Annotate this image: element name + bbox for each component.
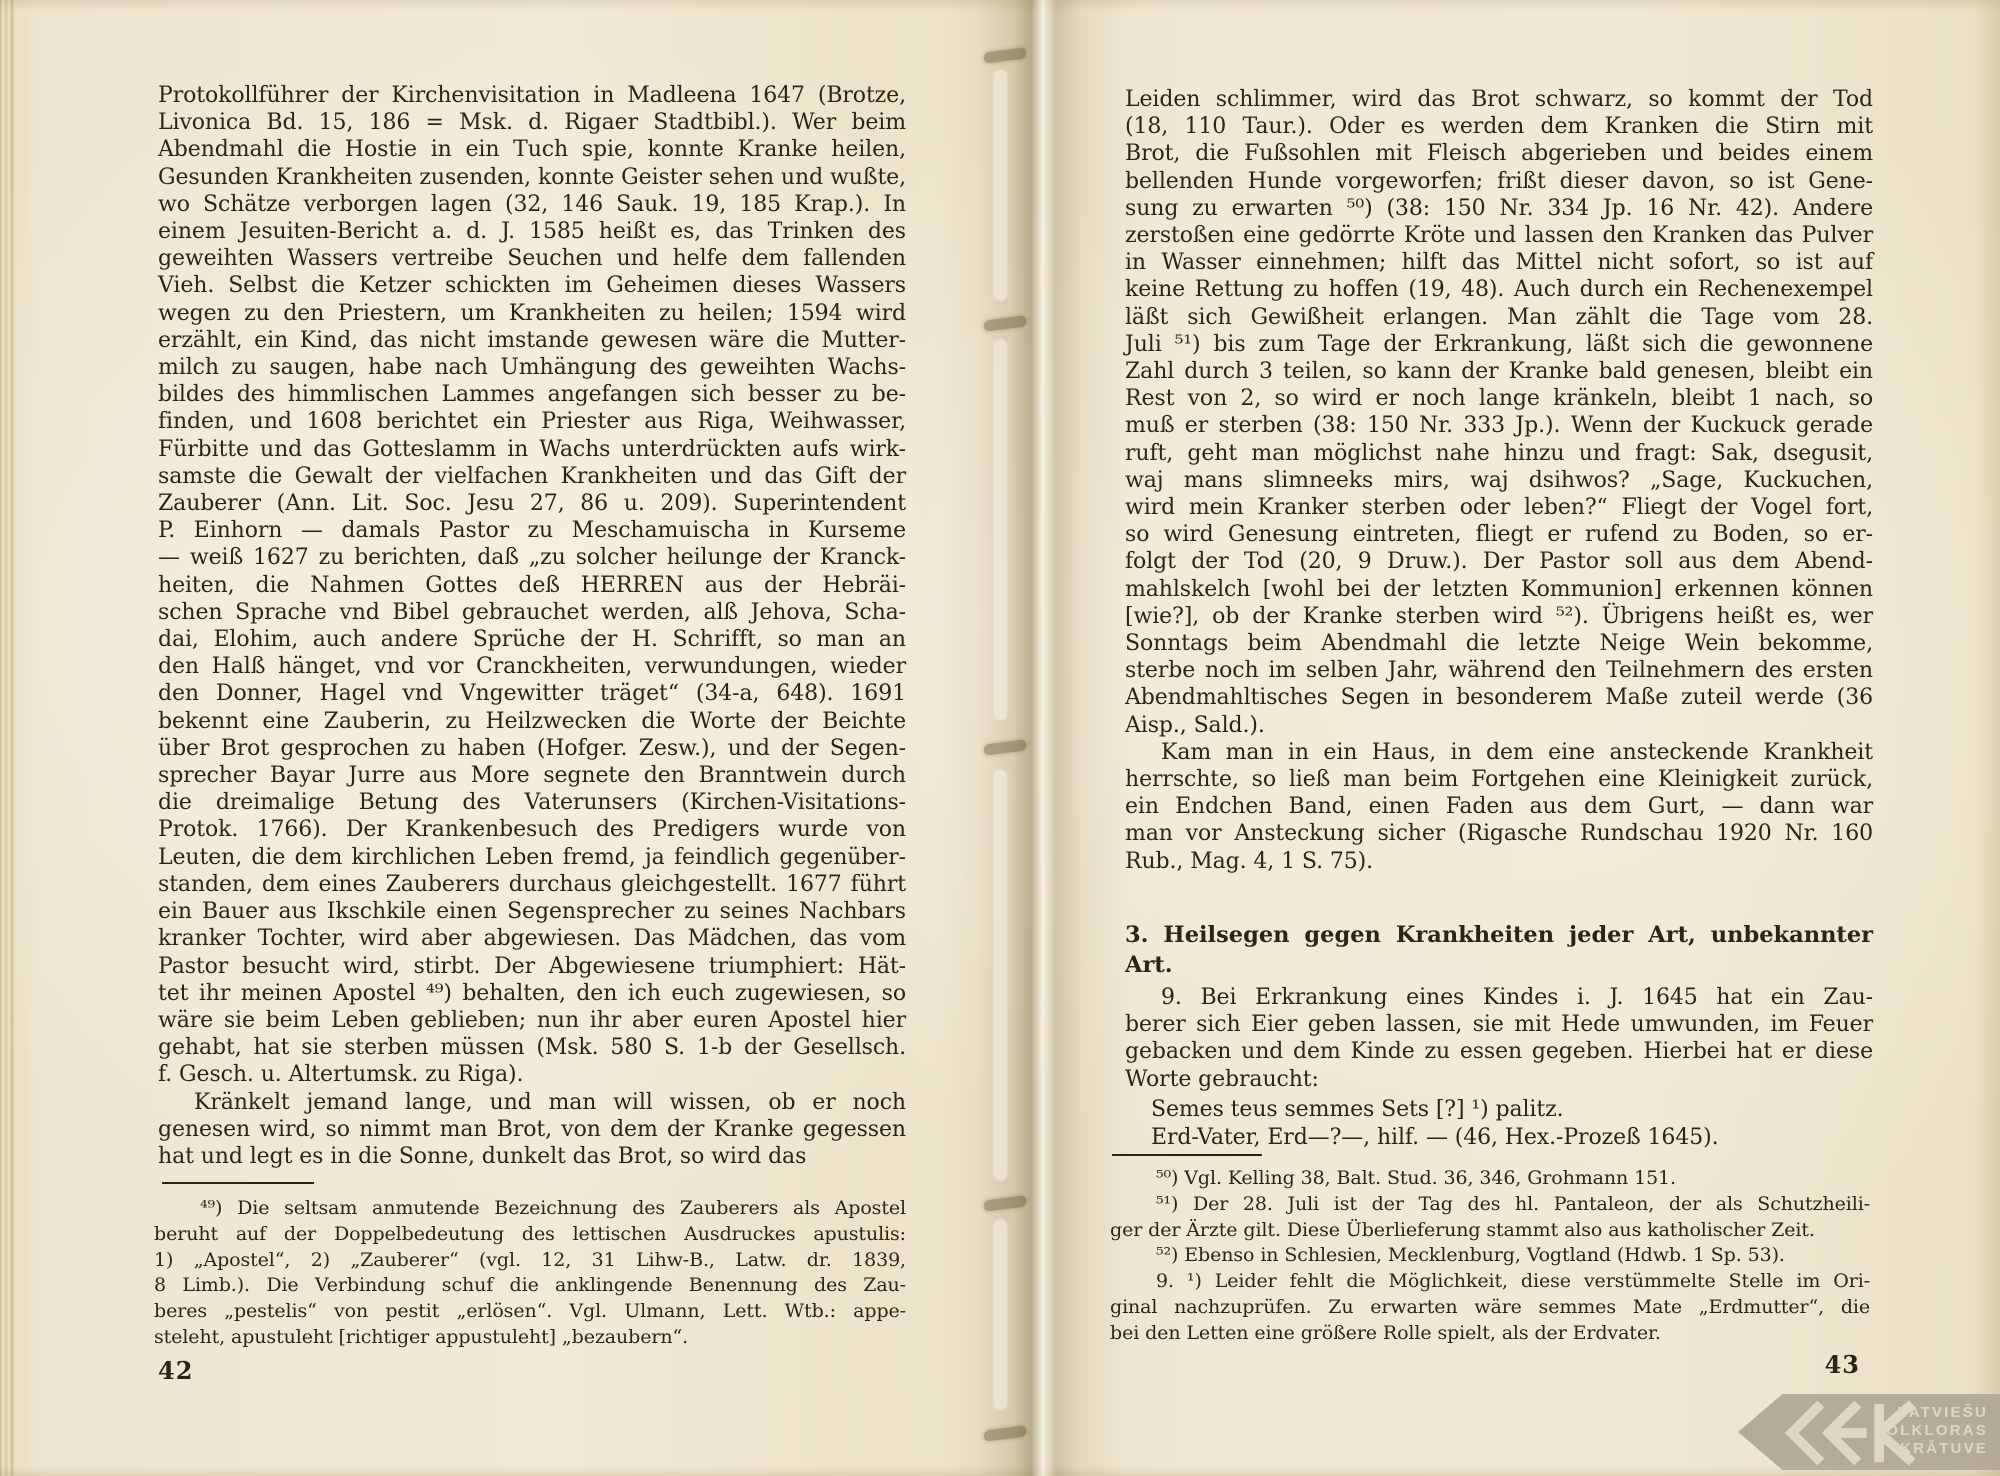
text-line: Leuten, die dem kirchlichen Leben fremd,… [158, 844, 906, 871]
right-page-number: 43 [1800, 1350, 1860, 1379]
fold-highlight [994, 70, 1007, 300]
text-line: — weiß 1627 zu berichten, daß „zu solche… [158, 544, 906, 571]
text-line: Juli ⁵¹) bis zum Tage der Erkrankung, lä… [1125, 331, 1873, 358]
right-page-body: Leiden schlimmer, wird das Brot schwarz,… [1125, 86, 1873, 875]
text-line: gehabt, hat sie sterben müssen (Msk. 580… [158, 1034, 906, 1061]
text-line: gebacken und dem Kinde zu essen gegeben.… [1125, 1038, 1873, 1065]
text-line: Aisp., Sald.). [1125, 712, 1873, 739]
text-line: ⁵¹) Der 28. Juli ist der Tag des hl. Pan… [1110, 1192, 1870, 1218]
text-line: herrschte, so ließ man beim Fortgehen ei… [1125, 766, 1873, 793]
binding-notch [984, 1425, 1026, 1441]
text-line: Protok. 1766). Der Krankenbesuch des Pre… [158, 816, 906, 843]
text-line: sung zu erwarten ⁵⁰) (38: 150 Nr. 334 Jp… [1125, 195, 1873, 222]
text-line: Brot, die Fußsohlen mit Fleisch abgerieb… [1125, 140, 1873, 167]
text-line: ein Bauer aus Ikschkile einen Segensprec… [158, 898, 906, 925]
text-line: 8 Limb.). Die Verbindung schuf die ankli… [154, 1273, 906, 1299]
text-line: Fürbitte und das Gotteslamm in Wachs unt… [158, 436, 906, 463]
text-line: einem Jesuiten-Bericht a. d. J. 1585 hei… [158, 218, 906, 245]
text-line: Abendmahltisches Segen in besonderem Maß… [1125, 684, 1873, 711]
text-line: waj mans slimneeks mirs, waj dsihwos? „S… [1125, 467, 1873, 494]
left-paragraph-1: Protokollführer der Kirchenvisitation in… [158, 82, 906, 1089]
text-line: ein Endchen Band, einen Faden aus dem Gu… [1125, 793, 1873, 820]
text-line: Pastor besucht wird, stirbt. Der Abgewie… [158, 953, 906, 980]
text-line: 9. Bei Erkrankung eines Kindes i. J. 164… [1125, 984, 1873, 1011]
right-paragraph-1: Leiden schlimmer, wird das Brot schwarz,… [1125, 86, 1873, 739]
binding-notch [984, 1195, 1026, 1211]
text-line: folgt der Tod (20, 9 Druw.). Der Pastor … [1125, 548, 1873, 575]
text-line: zerstoßen eine gedörrte Kröte und lassen… [1125, 222, 1873, 249]
text-line: Sonntags beim Abendmahl die letzte Neige… [1125, 630, 1873, 657]
fold-highlight [994, 1220, 1007, 1410]
right-footnotes: ⁵⁰) Vgl. Kelling 38, Balt. Stud. 36, 346… [1110, 1166, 1870, 1347]
text-line: Worte gebraucht: [1125, 1066, 1873, 1093]
text-line: bildes des himmlischen Lammes angefangen… [158, 381, 906, 408]
text-line: den Donner, Hagel vnd Vngewitter träget“… [158, 680, 906, 707]
left-footnote-49: ⁴⁹) Die seltsam anmutende Bezeichnung de… [154, 1196, 906, 1351]
text-line: schen Sprache vnd Bibel gebrauchet werde… [158, 599, 906, 626]
text-line: finden, und 1608 berichtet ein Priester … [158, 408, 906, 435]
text-line: wo Schätze verborgen lagen (32, 146 Sauk… [158, 191, 906, 218]
book-top-edge-shadow [0, 0, 2000, 12]
text-line: f. Gesch. u. Altertumsk. zu Riga). [158, 1061, 906, 1088]
text-line: muß er sterben (38: 150 Nr. 333 Jp.). We… [1125, 412, 1873, 439]
text-line: wäre sie beim Leben geblieben; nun ihr a… [158, 1007, 906, 1034]
text-line: dai, Elohim, auch andere Sprüche der H. … [158, 626, 906, 653]
charm-quote-lines: Semes teus semmes Sets [?] ¹) palitz.Erd… [1125, 1096, 1873, 1152]
footnote-52: ⁵²) Ebenso in Schlesien, Mecklenburg, Vo… [1110, 1243, 1870, 1269]
text-line: milch zu saugen, habe nach Umhängung des… [158, 354, 906, 381]
text-line: bekennt eine Zauberin, zu Heilzwecken di… [158, 708, 906, 735]
text-line: mahlskelch [wohl bei der letzten Kommuni… [1125, 576, 1873, 603]
text-line: geweihten Wassers vertreibe Seuchen und … [158, 245, 906, 272]
text-line: Kränkelt jemand lange, und man will wiss… [158, 1089, 906, 1116]
text-line: erzählt, ein Kind, das nicht imstande ge… [158, 327, 906, 354]
left-page-body: Protokollführer der Kirchenvisitation in… [158, 82, 906, 1170]
text-line: Kam man in ein Haus, in dem eine ansteck… [1125, 739, 1873, 766]
left-paragraph-2: Kränkelt jemand lange, und man will wiss… [158, 1089, 906, 1171]
binding-notch [984, 739, 1026, 755]
book-left-page-edges [0, 0, 24, 1476]
text-line: wird mein Kranker sterben oder leben?“ F… [1125, 494, 1873, 521]
text-line: Vieh. Selbst die Ketzer schickten im Geh… [158, 272, 906, 299]
footnote-9-1: 9. ¹) Leider fehlt die Möglichkeit, dies… [1110, 1269, 1870, 1346]
text-line: keine Rettung zu hoffen (19, 48). Auch d… [1125, 276, 1873, 303]
archive-watermark-text: LATVIEŠU FOLKLORAS KRĀTUVE [1875, 1404, 1988, 1458]
text-line: Gesunden Krankheiten zusenden, konnte Ge… [158, 164, 906, 191]
text-line: bellenden Hunde vorgeworfen; frißt diese… [1125, 168, 1873, 195]
text-line: die dreimalige Betung des Vaterunsers (K… [158, 789, 906, 816]
binding-notch [984, 47, 1026, 63]
text-line: standen, dem eines Zauberers durchaus gl… [158, 871, 906, 898]
section-heading: 3. Heilsegen gegen Krankheiten jeder Art… [1125, 920, 1873, 980]
text-line: genesen wird, so nimmt man Brot, von dem… [158, 1116, 906, 1143]
text-line: P. Einhorn — damals Pastor zu Meschamuis… [158, 517, 906, 544]
text-line: ⁵⁰) Vgl. Kelling 38, Balt. Stud. 36, 346… [1110, 1166, 1870, 1192]
text-line: (18, 110 Taur.). Oder es werden dem Kran… [1125, 113, 1873, 140]
text-line: berer sich Eier geben lassen, sie mit He… [1125, 1011, 1873, 1038]
text-line: Semes teus semmes Sets [?] ¹) palitz. [1125, 1096, 1873, 1124]
book-spread-scan: Protokollführer der Kirchenvisitation in… [0, 0, 2000, 1476]
text-line: sprecher Bayar Jurre aus More segnete de… [158, 762, 906, 789]
right-paragraph-2: Kam man in ein Haus, in dem eine ansteck… [1125, 739, 1873, 875]
archive-watermark-banner: LATVIEŠU FOLKLORAS KRĀTUVE [1738, 1394, 2000, 1470]
text-line: tet ihr meinen Apostel ⁴⁹) behalten, den… [158, 980, 906, 1007]
right-footnote-rule [1112, 1154, 1262, 1156]
text-line: Livonica Bd. 15, 186 = Msk. d. Rigaer St… [158, 109, 906, 136]
watermark-line: FOLKLORAS [1875, 1422, 1988, 1440]
footnote-50: ⁵⁰) Vgl. Kelling 38, Balt. Stud. 36, 346… [1110, 1166, 1870, 1192]
left-page-number: 42 [158, 1356, 193, 1385]
text-line: den Halß hänget, vnd vor Cranckheiten, v… [158, 653, 906, 680]
text-line: hat und legt es in die Sonne, dunkelt da… [158, 1143, 906, 1170]
left-footnote-rule [162, 1182, 314, 1184]
book-gutter-binding [940, 0, 1130, 1476]
section-paragraph-9: 9. Bei Erkrankung eines Kindes i. J. 164… [1125, 984, 1873, 1093]
watermark-line: KRĀTUVE [1875, 1440, 1988, 1458]
text-line: kranker Tochter, wird aber abgewiesen. D… [158, 925, 906, 952]
text-line: beres „pestelis“ von pestit „erlösen“. V… [154, 1299, 906, 1325]
text-line: Protokollführer der Kirchenvisitation in… [158, 82, 906, 109]
text-line: läßt sich Gewißheit erlangen. Man zählt … [1125, 304, 1873, 331]
fold-highlight [994, 340, 1007, 720]
text-line: samste die Gewalt der vielfachen Krankhe… [158, 463, 906, 490]
text-line: [wie?], ob der Kranke sterben wird ⁵²). … [1125, 603, 1873, 630]
fold-highlight [994, 770, 1007, 1180]
text-line: Zauberer (Ann. Lit. Soc. Jesu 27, 86 u. … [158, 490, 906, 517]
book-bottom-edge-shadow [0, 1466, 2000, 1476]
text-line: sterbe noch im selben Jahr, während den … [1125, 657, 1873, 684]
text-line: bei den Letten eine größere Rolle spielt… [1110, 1321, 1870, 1347]
text-line: Abendmahl die Hostie in ein Tuch spie, k… [158, 136, 906, 163]
text-line: steleht, apustuleht [richtiger appustule… [154, 1325, 906, 1351]
footnote-51: ⁵¹) Der 28. Juli ist der Tag des hl. Pan… [1110, 1192, 1870, 1244]
text-line: so wird Genesung eintreten, fliegt er ru… [1125, 521, 1873, 548]
paragraph-9: 9. Bei Erkrankung eines Kindes i. J. 164… [1125, 984, 1873, 1093]
text-line: Rub., Mag. 4, 1 S. 75). [1125, 848, 1873, 875]
text-line: wegen zu den Priestern, um Krankheiten z… [158, 300, 906, 327]
watermark-line: LATVIEŠU [1875, 1404, 1988, 1422]
text-line: Leiden schlimmer, wird das Brot schwarz,… [1125, 86, 1873, 113]
text-line: über Brot gesprochen zu haben (Hofger. Z… [158, 735, 906, 762]
text-line: Erd-Vater, Erd—?—, hilf. — (46, Hex.-Pro… [1125, 1124, 1873, 1152]
text-line: ruft, geht man möglichst nahe hinzu und … [1125, 440, 1873, 467]
text-line: 9. ¹) Leider fehlt die Möglichkeit, dies… [1110, 1269, 1870, 1295]
text-line: man vor Ansteckung sicher (Rigasche Rund… [1125, 820, 1873, 847]
text-line: heiten, die Nahmen Gottes deß HERREN aus… [158, 572, 906, 599]
text-line: ⁴⁹) Die seltsam anmutende Bezeichnung de… [154, 1196, 906, 1222]
text-line: ginal nachzuprüfen. Zu erwarten wäre sem… [1110, 1295, 1870, 1321]
text-line: ⁵²) Ebenso in Schlesien, Mecklenburg, Vo… [1110, 1243, 1870, 1269]
book-right-edge-shadow [1974, 0, 2000, 1476]
text-line: in Wasser einnehmen; hilft das Mittel ni… [1125, 249, 1873, 276]
text-line: beruht auf der Doppelbedeutung des letti… [154, 1222, 906, 1248]
text-line: 1) „Apostel“, 2) „Zauberer“ (vgl. 12, 31… [154, 1248, 906, 1274]
text-line: Rest von 2, so wird er noch lange kränke… [1125, 385, 1873, 412]
binding-notch [984, 315, 1026, 331]
text-line: ger der Ärzte gilt. Diese Überlieferung … [1110, 1218, 1870, 1244]
text-line: Zahl durch 3 teilen, so kann der Kranke … [1125, 358, 1873, 385]
